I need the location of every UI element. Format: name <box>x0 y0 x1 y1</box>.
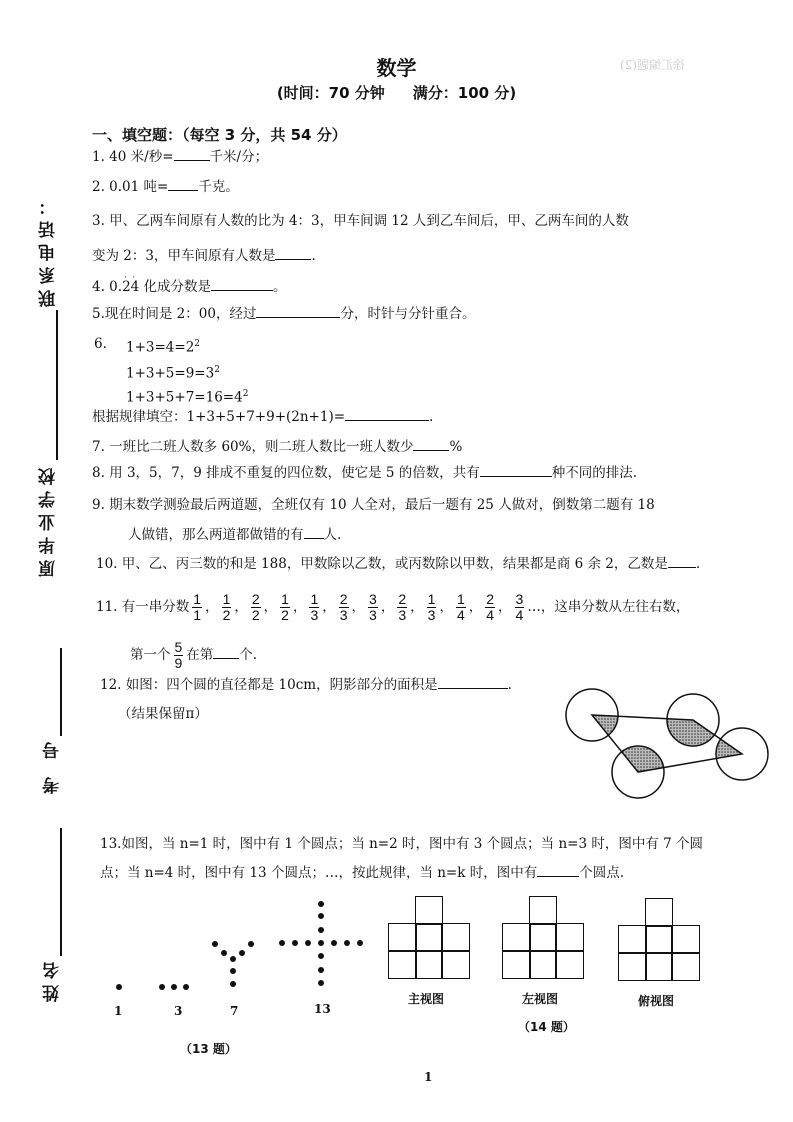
question-9-line1: 9. 期末数学测验最后两道题，全班仅有 10 人全对，最后一题有 25 人做对，… <box>92 495 655 515</box>
q6-equation-1: 1+3=4=22 <box>126 334 200 358</box>
fraction-item: 11 <box>192 592 202 623</box>
exam-no-field-line[interactable] <box>60 648 62 736</box>
answer-blank-3[interactable] <box>275 245 311 260</box>
comma: ， <box>264 599 278 615</box>
figure-label-n2: 3 <box>174 1004 182 1018</box>
answer-blank-11[interactable] <box>213 644 239 659</box>
fraction-item: 22 <box>251 592 261 623</box>
top-view-label: 俯视图 <box>638 992 674 1009</box>
question-6-fill: 根据规律填空：1+3+5+7+9+(2n+1)=. <box>92 406 433 427</box>
question-3-line1: 3. 甲、乙两车间原有人数的比为 4：3，甲车间调 12 人到乙车间后，甲、乙两… <box>92 211 629 231</box>
four-circles-figure <box>556 670 776 800</box>
question-8: 8. 用 3，5，7，9 排成不重复的四位数，使它是 5 的倍数，共有种不同的排… <box>92 462 637 483</box>
answer-blank-9[interactable] <box>304 524 324 539</box>
answer-blank-12[interactable] <box>438 674 508 689</box>
target-fraction: 59 <box>174 640 184 671</box>
fraction-item: 12 <box>280 592 290 623</box>
bleed-through-text: 徐汇编题(2) <box>620 56 685 73</box>
question-10: 10. 甲、乙、丙三数的和是 188，甲数除以乙数，或丙数除以甲数，结果都是商 … <box>96 553 700 574</box>
fraction-item: 33 <box>368 592 378 623</box>
fraction-item: 12 <box>222 592 232 623</box>
fraction-item: 34 <box>515 592 525 623</box>
comma: ， <box>498 599 512 615</box>
fraction-item: 13 <box>427 592 437 623</box>
comma: ， <box>322 599 336 615</box>
page-number: 1 <box>424 1070 432 1084</box>
q13-caption: （13 题） <box>180 1040 237 1057</box>
section-heading: 一、填空题：（每空 3 分，共 54 分） <box>92 124 347 145</box>
question-1: 1. 40 米/秒=千米/分； <box>92 146 268 167</box>
question-9-line2: 人做错，那么两道都做错的有人. <box>128 524 341 545</box>
question-5: 5.现在时间是 2：00，经过分，时针与分针重合。 <box>92 303 475 324</box>
fraction-item: 24 <box>485 592 495 623</box>
answer-blank-6[interactable] <box>345 406 429 421</box>
name-label: 姓名 <box>40 956 65 1002</box>
question-11: 11. 有一串分数11，12，22，12，13，23，33，23，13，14，2… <box>96 590 689 624</box>
comma: ， <box>439 599 453 615</box>
comma: ， <box>469 599 483 615</box>
answer-blank-8[interactable] <box>480 462 552 477</box>
exam-no-label: 考 号 <box>40 736 65 794</box>
q14-caption: （14 题） <box>518 1018 575 1035</box>
top-view-grid <box>618 898 700 982</box>
phone-label: 联系电话： <box>36 192 61 307</box>
fraction-sequence: 11，12，22，12，13，23，33，23，13，14，24，34 <box>189 599 527 615</box>
figure-label-n1: 1 <box>114 1004 122 1018</box>
question-13-line1: 13.如图，当 n=1 时，图中有 1 个圆点；当 n=2 时，图中有 3 个圆… <box>100 834 703 854</box>
front-view-grid <box>388 896 470 980</box>
comma: ， <box>352 599 366 615</box>
comma: ， <box>293 599 307 615</box>
question-7: 7. 一班比二班人数多 60%，则二班人数比一班人数少% <box>92 436 462 457</box>
answer-blank-4[interactable] <box>211 276 273 291</box>
question-6-number: 6. <box>94 334 107 354</box>
comma: ， <box>410 599 424 615</box>
question-11-line2: 第一个59在第个. <box>130 638 257 672</box>
comma: ， <box>234 599 248 615</box>
answer-blank-2[interactable] <box>168 176 198 191</box>
front-view-label: 主视图 <box>408 990 444 1007</box>
figure-label-n4: 13 <box>314 1002 331 1016</box>
question-2: 2. 0.01 吨=千克。 <box>92 176 239 197</box>
left-view-grid <box>502 896 584 980</box>
figure-label-n3: 7 <box>230 1004 238 1018</box>
repeating-decimal: 24˙ ˙ <box>122 279 139 295</box>
answer-blank-1[interactable] <box>174 146 210 161</box>
time-limit: (时间：70 分钟 <box>277 84 385 102</box>
question-13-line2: 点；当 n=4 时，图中有 13 个圆点；…，按此规律，当 n=k 时，图中有个… <box>100 862 624 883</box>
full-score: 满分：100 分) <box>413 84 516 102</box>
answer-blank-10[interactable] <box>668 553 696 568</box>
exam-info: (时间：70 分钟满分：100 分) <box>0 82 793 103</box>
answer-blank-5[interactable] <box>256 303 340 318</box>
school-label: 原毕业学校 <box>36 462 61 577</box>
fraction-item: 14 <box>456 592 466 623</box>
answer-blank-13[interactable] <box>537 862 579 877</box>
comma: ， <box>381 599 395 615</box>
fraction-item: 23 <box>339 592 349 623</box>
question-12: 12. 如图：四个圆的直径都是 10cm，阴影部分的面积是. <box>100 674 512 695</box>
question-4: 4. 0.24˙ ˙ 化成分数是。 <box>92 276 287 297</box>
question-12-note: （结果保留π） <box>118 704 208 724</box>
question-3-line2: 变为 2：3，甲车间原有人数是. <box>92 245 316 266</box>
left-view-label: 左视图 <box>522 990 558 1007</box>
q6-equation-3: 1+3+5+7=16=42 <box>126 384 248 408</box>
name-field-line[interactable] <box>60 828 62 956</box>
answer-blank-7[interactable] <box>413 436 449 451</box>
q6-equation-2: 1+3+5=9=32 <box>126 360 220 384</box>
fraction-item: 23 <box>397 592 407 623</box>
comma: ， <box>205 599 219 615</box>
fraction-item: 13 <box>309 592 319 623</box>
school-field-line[interactable] <box>56 310 58 460</box>
